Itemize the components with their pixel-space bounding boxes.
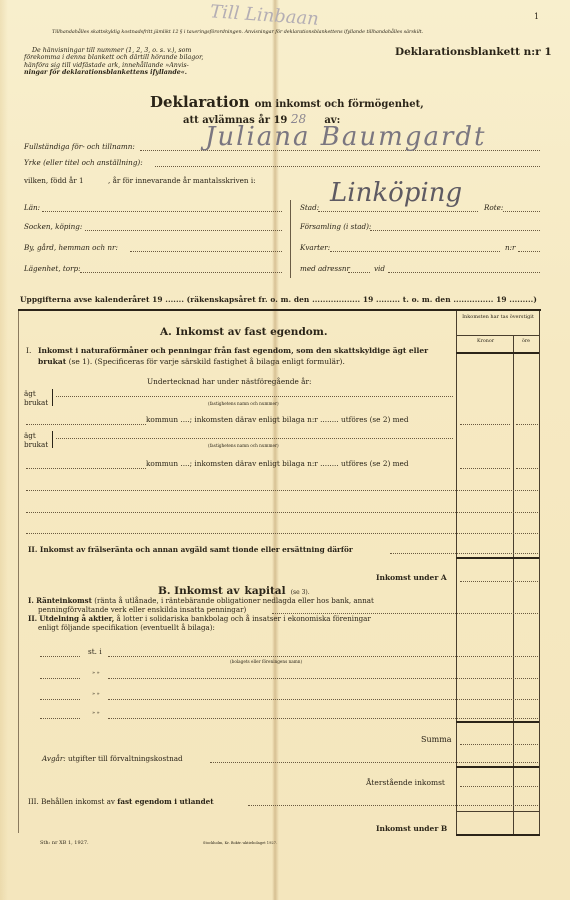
share-caption: (bolagets eller föreningens namn) bbox=[230, 659, 302, 664]
section-b-item3: III. Behållen inkomst av fast egendom i … bbox=[28, 797, 214, 806]
remaining-label: Återstående inkomst bbox=[366, 778, 445, 787]
lagenhet-label: Lägenhet, torp: bbox=[24, 264, 81, 273]
kommun-1-amount-kronor[interactable] bbox=[460, 424, 510, 425]
share-count-field[interactable] bbox=[40, 656, 80, 657]
share-row-label: » » bbox=[92, 670, 100, 676]
notice-line: De hänvisningar till nummer (1, 2, 3, o.… bbox=[24, 47, 203, 54]
share-company-field[interactable] bbox=[108, 699, 538, 700]
kvarter-nr-field[interactable] bbox=[518, 251, 540, 252]
section-a-item2: II. Inkomst av frälseränta och annan avg… bbox=[28, 545, 353, 554]
blank-row[interactable] bbox=[26, 490, 538, 491]
share-count-field[interactable] bbox=[40, 699, 80, 700]
avgar-field[interactable] bbox=[210, 762, 538, 763]
subtotal-rule-c bbox=[456, 766, 539, 768]
vid-field[interactable] bbox=[388, 272, 540, 273]
section-b-item1: I. Ränteinkomst (ränta å utlånade, i rän… bbox=[28, 596, 374, 614]
item2-text: Inkomst av frälseränta och annan avgäld … bbox=[40, 545, 353, 554]
kommun-1-line: kommun ....; inkomsten därav enligt bila… bbox=[146, 415, 409, 424]
form-id: Deklarationsblankett n:r 1 bbox=[395, 46, 552, 58]
amount-col-right bbox=[539, 311, 540, 836]
property-2-field[interactable] bbox=[56, 438, 453, 439]
share-count-field[interactable] bbox=[40, 718, 80, 719]
undersigned-text: Undertecknad har under nästföregående år… bbox=[147, 377, 311, 386]
kommun-1-amount-ore[interactable] bbox=[516, 424, 538, 425]
forsamling-field[interactable] bbox=[370, 230, 540, 231]
item2-rest-line1: å lotter i solidariska bankbolag och å i… bbox=[116, 614, 370, 623]
vid-label: vid bbox=[374, 264, 385, 273]
amount-col-mid bbox=[513, 335, 514, 835]
socken-label: Socken, köping: bbox=[24, 222, 82, 231]
agt-label: ägt bbox=[24, 431, 36, 440]
item2-rest-line2: enligt följande specifikation (eventuell… bbox=[28, 623, 371, 632]
rote-label: Rote: bbox=[484, 203, 503, 212]
section-a-heading: A. Inkomst av fast egendom. bbox=[160, 326, 328, 338]
share-row-label: » » bbox=[92, 691, 100, 697]
section-a-item1: I. Inkomst i naturaförmåner och penninga… bbox=[26, 346, 454, 367]
notice-block: De hänvisningar till nummer (1, 2, 3, o.… bbox=[24, 47, 203, 76]
occupation-label: Yrke (eller titel och anställning): bbox=[24, 158, 143, 167]
avgar-text: utgifter till förvaltningskostnad bbox=[68, 754, 183, 763]
amount-col-subheader-rule bbox=[456, 352, 539, 354]
full-name-value[interactable]: Juliana Baumgardt bbox=[205, 122, 486, 152]
col-ore: öre bbox=[522, 339, 530, 344]
occupation-field[interactable] bbox=[155, 166, 540, 167]
kommun-2-amount-kronor[interactable] bbox=[460, 468, 510, 469]
socken-field[interactable] bbox=[85, 230, 282, 231]
share-count-field[interactable] bbox=[40, 678, 80, 679]
subtotal-rule-b bbox=[456, 721, 539, 723]
subtotal-rule-a bbox=[456, 557, 539, 559]
agt-brukat-bracket bbox=[52, 389, 53, 406]
lagenhet-field[interactable] bbox=[80, 272, 282, 273]
kommun-1-prefix-field[interactable] bbox=[26, 424, 146, 425]
title-main: Deklaration bbox=[150, 93, 250, 111]
total-b-label: Inkomst under B bbox=[376, 824, 447, 833]
pencil-annotation: Till Linbaan bbox=[209, 1, 319, 30]
kvarter-nr-label: n:r bbox=[505, 243, 516, 252]
item1-bold-text: Ränteinkomst bbox=[36, 596, 92, 605]
remaining-field[interactable] bbox=[460, 786, 538, 787]
section-b-item2: II. Utdelning å aktier, å lotter i solid… bbox=[28, 614, 371, 632]
period-line: Uppgifterna avse kalenderåret 19 .......… bbox=[20, 295, 537, 304]
property-2-caption: (fastighetens namn och nummer) bbox=[208, 443, 279, 448]
summa-field[interactable] bbox=[460, 744, 538, 745]
brukat-label: brukat bbox=[24, 398, 48, 407]
total-b-rule bbox=[456, 834, 540, 836]
item1-rest-text: (se 1). (Specificeras för varje särskild… bbox=[69, 357, 345, 366]
kvarter-label: Kvarter: bbox=[300, 243, 330, 252]
adressnr-label: med adressnr bbox=[300, 264, 350, 273]
share-company-field[interactable] bbox=[108, 718, 538, 719]
item-number: I. bbox=[26, 346, 31, 357]
occupation-label-text: Yrke (eller titel och anställning): bbox=[24, 158, 143, 167]
forsamling-label: Församling (i stad): bbox=[300, 222, 371, 231]
avgar-label: Avgår: bbox=[42, 754, 66, 763]
lan-label: Län: bbox=[24, 203, 40, 212]
item-number: II. bbox=[28, 614, 37, 623]
column-divider bbox=[290, 200, 291, 278]
item2-bold-text: Utdelning å aktier, bbox=[39, 614, 114, 623]
heading-ref: (se 3). bbox=[291, 589, 310, 596]
item-number: III. bbox=[28, 797, 39, 806]
lan-field[interactable] bbox=[42, 211, 282, 212]
kommun-2-amount-ore[interactable] bbox=[516, 468, 538, 469]
born-label: vilken, född år 1 bbox=[24, 176, 84, 185]
kvarter-field[interactable] bbox=[330, 251, 500, 252]
subtotal-rule-d bbox=[456, 811, 539, 812]
property-1-caption: (fastighetens namn och nummer) bbox=[208, 401, 279, 406]
item-number: I. bbox=[28, 596, 34, 605]
item3-prefix: Behållen inkomst av bbox=[41, 797, 115, 806]
by-field[interactable] bbox=[130, 251, 282, 252]
kommun-2-prefix-field[interactable] bbox=[26, 468, 146, 469]
item2-field[interactable] bbox=[390, 553, 538, 554]
total-a-label: Inkomst under A bbox=[376, 573, 447, 582]
item-number: II. bbox=[28, 545, 37, 554]
amount-col-header: Inkomsten har tas överstigit bbox=[459, 314, 537, 320]
page-title: Deklaration om inkomst och förmögenhet, bbox=[150, 92, 424, 111]
instruction-line: Tillhandahålles skattskyldig kostnadsfri… bbox=[52, 29, 423, 35]
property-1-field[interactable] bbox=[56, 396, 453, 397]
registered-label: , år för innevarande år mantalsskriven i… bbox=[108, 176, 256, 185]
kommun-2-line: kommun ....; inkomsten därav enligt bila… bbox=[146, 459, 409, 468]
share-company-field[interactable] bbox=[108, 656, 538, 657]
agt-brukat-bracket bbox=[52, 431, 53, 448]
document-page: Till Linbaan 1 Tillhandahålles skattskyl… bbox=[0, 0, 570, 900]
item1-rest-line1: (ränta å utlånade, i räntebärande obliga… bbox=[94, 596, 374, 605]
brukat-label: brukat bbox=[24, 440, 48, 449]
stad-label: Stad: bbox=[300, 203, 319, 212]
item3-bold-text: fast egendom i utlandet bbox=[117, 797, 213, 806]
notice-line: förekomma i denna blankett och därtill h… bbox=[24, 54, 203, 61]
footer-form-ref: Sth: nr XB 1, 1927. bbox=[40, 840, 89, 846]
footer-printer: Stockholm, Kr. Boktr.-aktiebolaget 1927. bbox=[203, 841, 277, 845]
share-row-label: st. i bbox=[88, 647, 102, 656]
agt-label: ägt bbox=[24, 389, 36, 398]
by-label: By, gård, hemman och nr: bbox=[24, 243, 118, 252]
share-row-label: » » bbox=[92, 710, 100, 716]
blank-row[interactable] bbox=[26, 533, 538, 534]
rote-field[interactable] bbox=[503, 211, 540, 212]
notice-line: ningar för deklarationsblankettens ifyll… bbox=[24, 69, 203, 76]
adressnr-field[interactable] bbox=[348, 272, 370, 273]
section-top-rule bbox=[18, 309, 541, 311]
item3-field[interactable] bbox=[248, 805, 538, 806]
title-rest: om inkomst och förmögenhet, bbox=[255, 99, 424, 110]
amount-col-left bbox=[456, 311, 457, 836]
stad-field[interactable] bbox=[318, 211, 478, 212]
page-number: 1 bbox=[534, 12, 539, 21]
total-a-field[interactable] bbox=[460, 581, 538, 582]
amount-col-header-rule bbox=[456, 335, 539, 336]
avgar-line: Avgår: utgifter till förvaltningskostnad bbox=[42, 754, 183, 763]
stad-value[interactable]: Linköping bbox=[330, 178, 462, 208]
notice-line: hänföra sig till vidfästade ark, innehål… bbox=[24, 62, 203, 69]
share-company-field[interactable] bbox=[108, 678, 538, 679]
blank-row[interactable] bbox=[26, 512, 538, 513]
full-name-label: Fullständiga för- och tillnamn: bbox=[24, 142, 135, 151]
col-kronor: Kronor bbox=[477, 339, 494, 344]
left-frame bbox=[18, 311, 19, 833]
summa-label: Summa bbox=[421, 735, 452, 744]
